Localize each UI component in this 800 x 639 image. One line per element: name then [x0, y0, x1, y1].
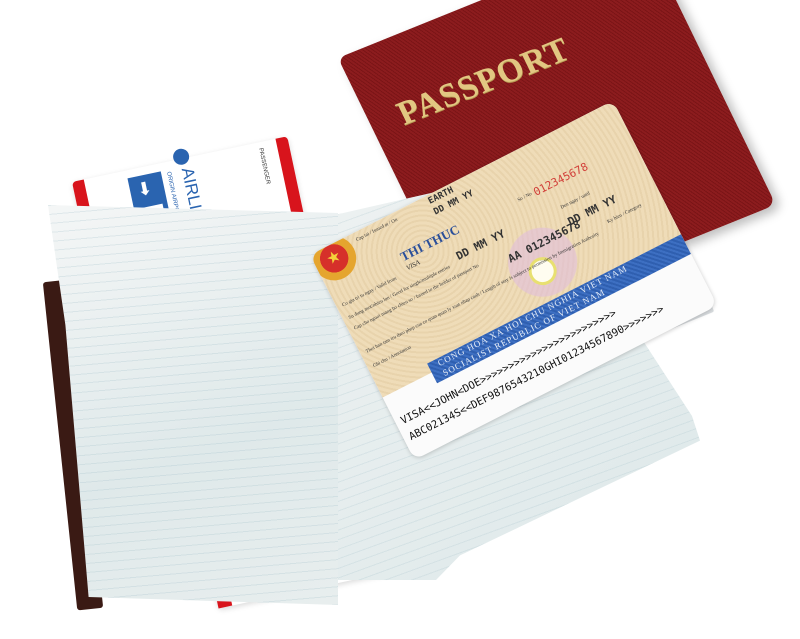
visa-title: THI THUC: [398, 222, 463, 266]
passport-title: PASSPORT: [391, 31, 576, 133]
valid-from-label: Co gia tri tu ngay / Valid from: [342, 277, 398, 309]
passport-left-page: [48, 205, 338, 605]
holder-label: Cap cho nguoi mang ho chieu so / Issued …: [353, 264, 479, 332]
passenger-label: PASSENGER: [257, 148, 271, 185]
number-label: So / No: [517, 192, 533, 203]
globe-icon: [172, 147, 191, 166]
visa-number: 012345678: [531, 160, 590, 199]
valid-from-date: DD MM YY: [454, 227, 507, 263]
